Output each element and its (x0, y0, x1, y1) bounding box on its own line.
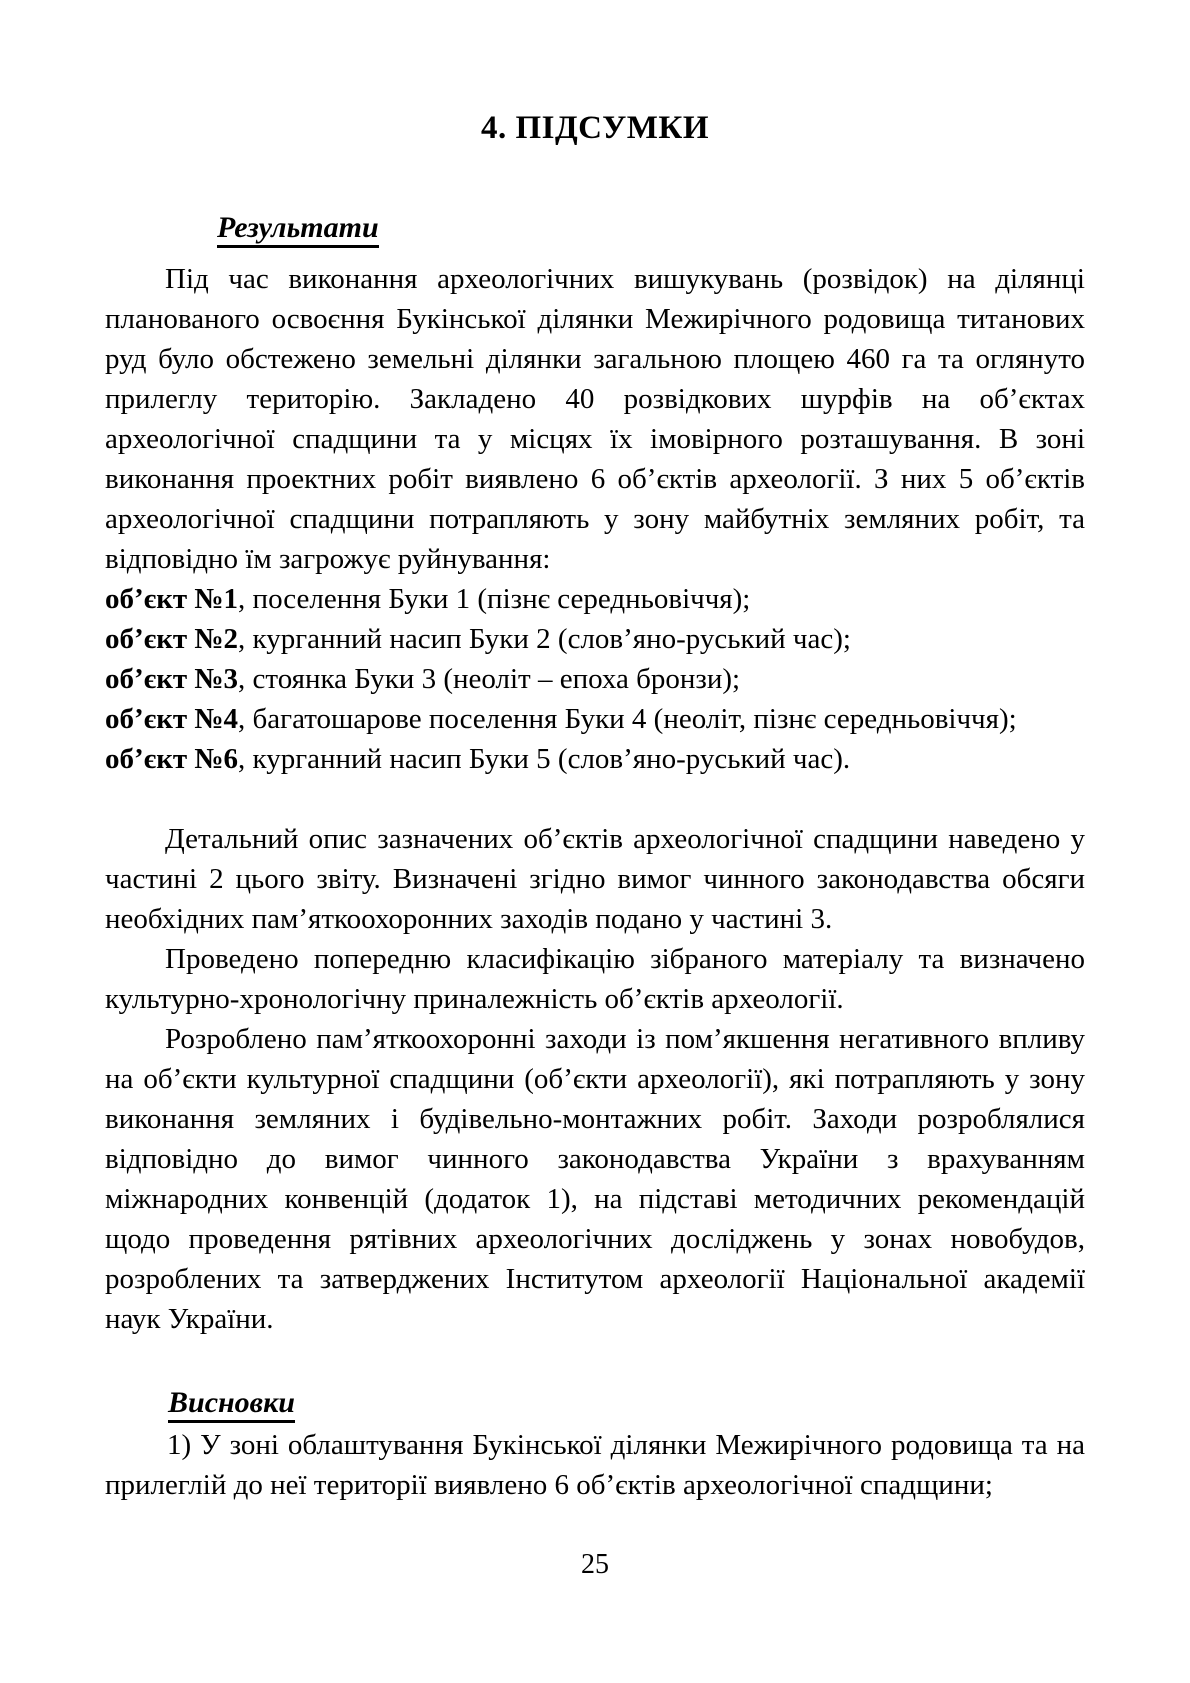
object-item-5-description: , курганний насип Буки 5 (слов’яно-руськ… (238, 743, 850, 775)
page-number: 25 (0, 1549, 1190, 1581)
object-item-2-description: , курганний насип Буки 2 (слов’яно-руськ… (238, 623, 851, 655)
object-item-1: об’єкт №1, поселення Буки 1 (пізнє серед… (105, 579, 1085, 619)
results-heading-text: Результати (217, 211, 379, 248)
object-item-2: об’єкт №2, курганний насип Буки 2 (слов’… (105, 619, 1085, 659)
object-item-4-label: об’єкт №4 (105, 703, 238, 735)
page-content: 4. ПІДСУМКИ Результати Під час виконання… (105, 106, 1085, 1505)
conclusion-item-1: 1) У зоні облаштування Букінської ділянк… (105, 1425, 1085, 1505)
object-item-1-description: , поселення Буки 1 (пізнє середньовіччя)… (238, 583, 750, 615)
results-paragraph-3: Проведено попередню класифікацію зібрано… (105, 939, 1085, 1019)
results-paragraph-4: Розроблено пам’яткоохоронні заходи із по… (105, 1019, 1085, 1339)
object-item-5-label: об’єкт №6 (105, 743, 238, 775)
object-item-3-description: , стоянка Буки 3 (неоліт – епоха бронзи)… (238, 663, 740, 695)
section-title: 4. ПІДСУМКИ (105, 106, 1085, 150)
object-item-1-label: об’єкт №1 (105, 583, 238, 615)
object-item-3-label: об’єкт №3 (105, 663, 238, 695)
object-item-2-label: об’єкт №2 (105, 623, 238, 655)
object-item-5: об’єкт №6, курганний насип Буки 5 (слов’… (105, 739, 1085, 779)
object-item-3: об’єкт №3, стоянка Буки 3 (неоліт – епох… (105, 659, 1085, 699)
results-heading: Результати (105, 206, 1085, 250)
document-page: 4. ПІДСУМКИ Результати Під час виконання… (0, 0, 1190, 1683)
object-item-4-description: , багатошарове поселення Буки 4 (неоліт,… (238, 703, 1017, 735)
conclusions-heading-text: Висновки (168, 1386, 295, 1423)
results-paragraph-1: Під час виконання археологічних вишукува… (105, 259, 1085, 579)
results-paragraph-2: Детальний опис зазначених об’єктів архео… (105, 819, 1085, 939)
objects-list: об’єкт №1, поселення Буки 1 (пізнє серед… (105, 579, 1085, 779)
conclusions-heading: Висновки (105, 1381, 1085, 1425)
object-item-4: об’єкт №4, багатошарове поселення Буки 4… (105, 699, 1085, 739)
